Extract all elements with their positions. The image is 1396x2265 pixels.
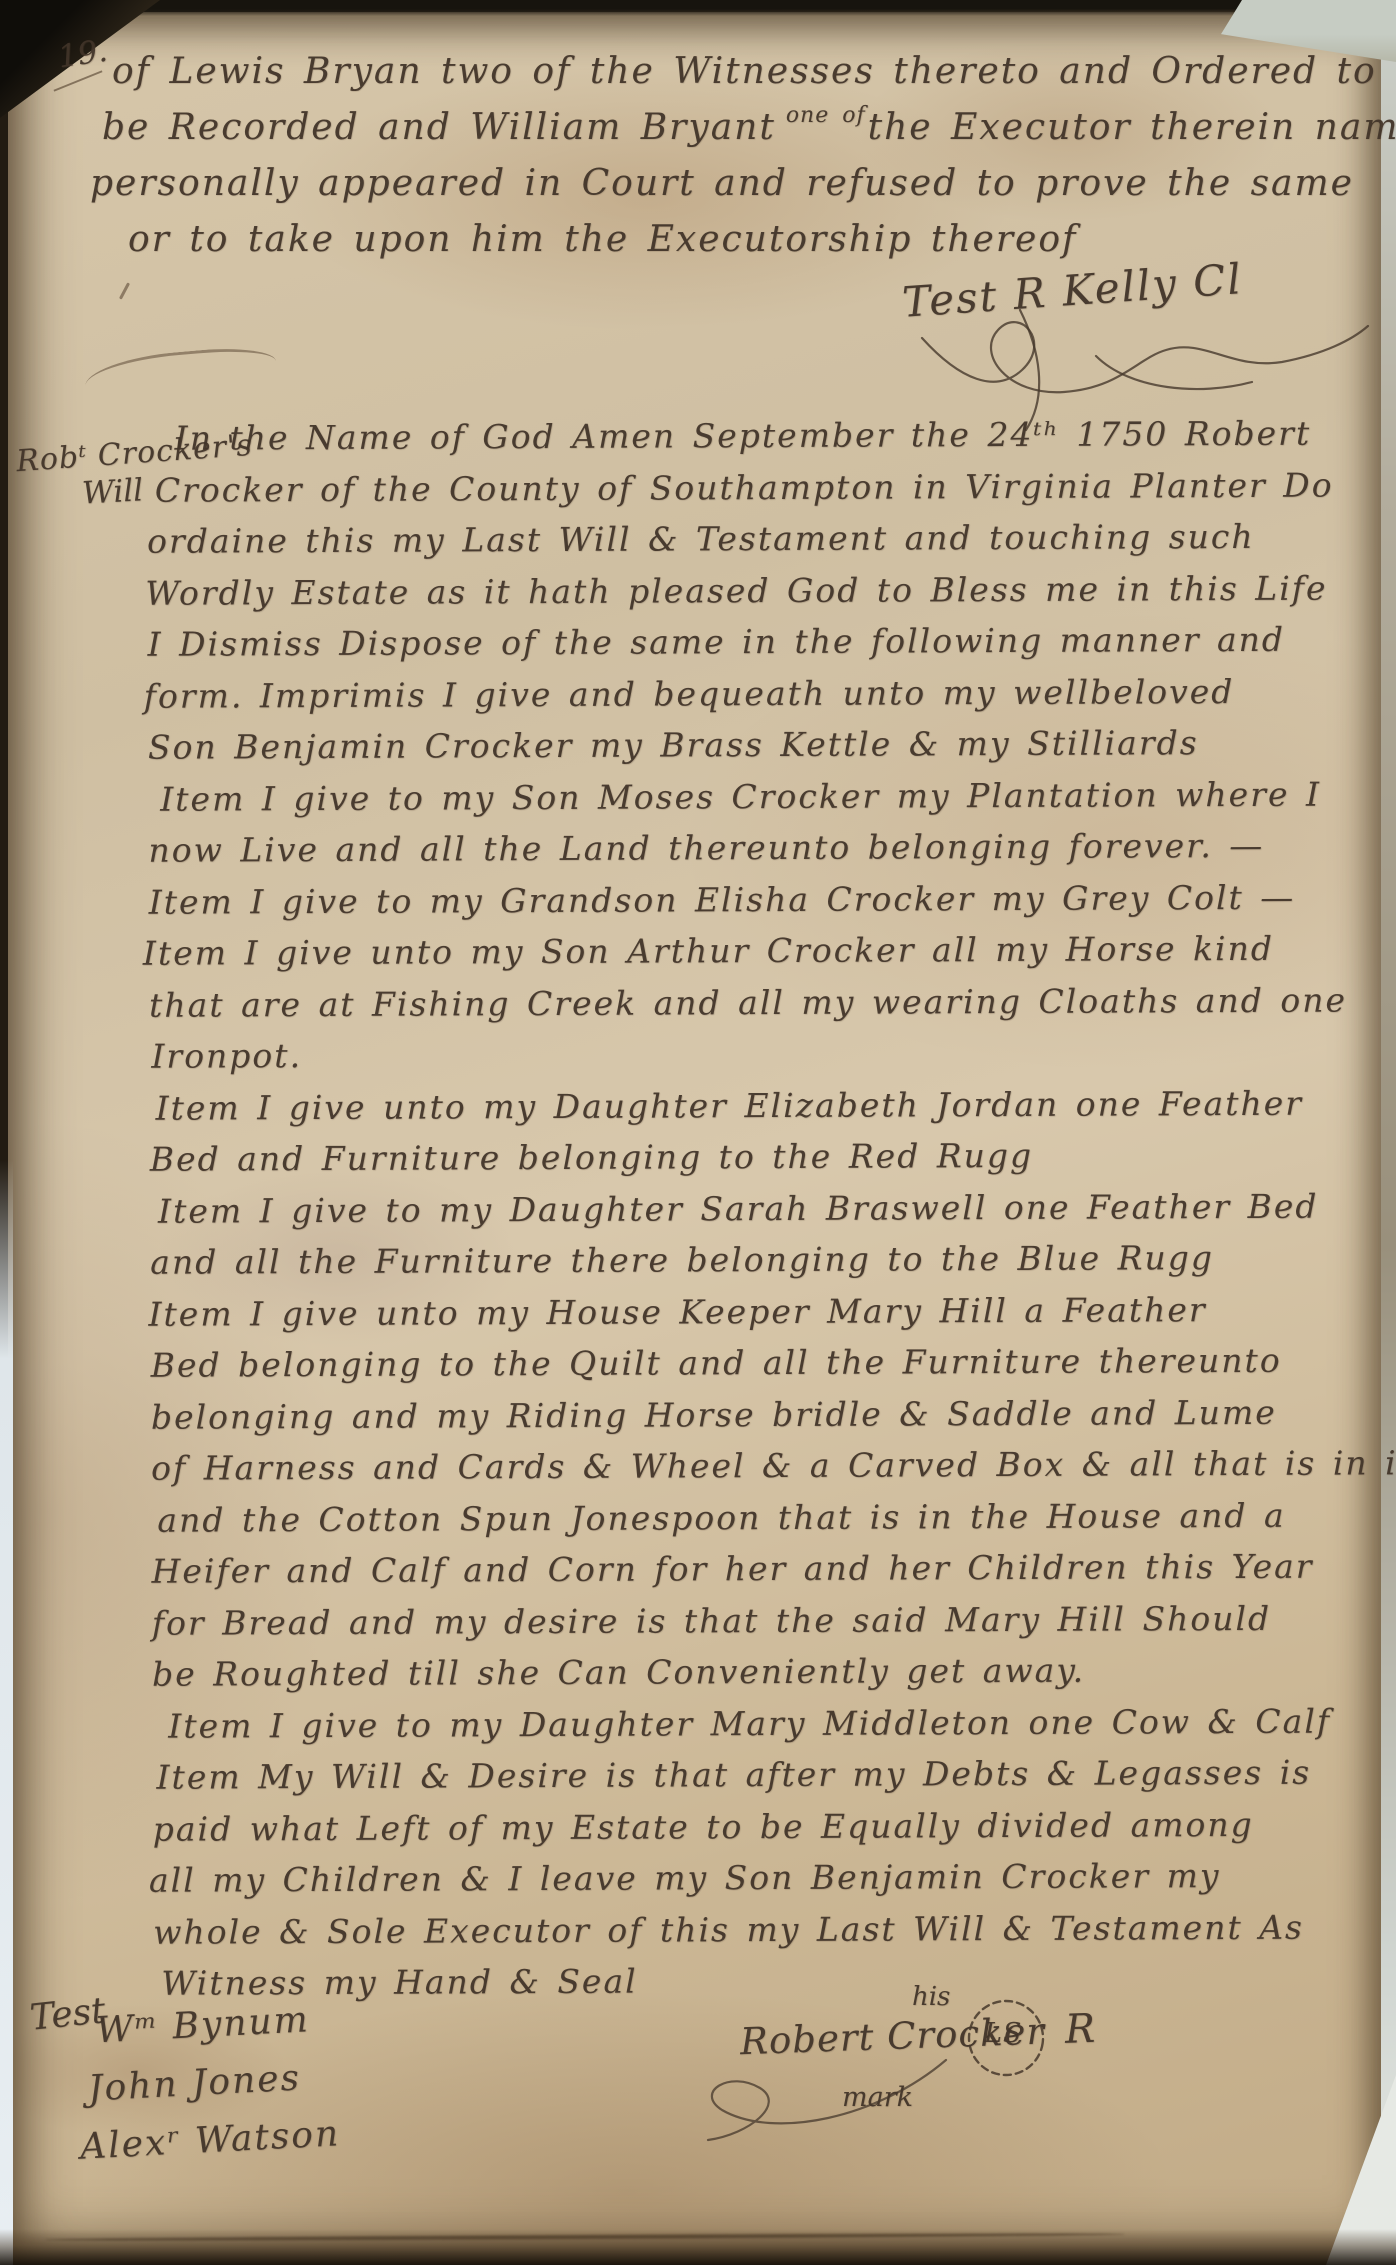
will-line-5: I Dismiss Dispose of the same in the fol… <box>147 613 1396 670</box>
will-line-23: Heifer and Calf and Corn for her and her… <box>151 1540 1396 1597</box>
will-line-29: all my Children & I leave my Son Benjami… <box>149 1849 1396 1906</box>
will-line-22: and the Cotton Spun Jonespoon that is in… <box>157 1489 1396 1546</box>
will-line-28: paid what Left of my Estate to be Equall… <box>153 1798 1396 1855</box>
will-line-3: ordaine this my Last Will & Testament an… <box>147 510 1396 567</box>
will-line-27: Item My Will & Desire is that after my D… <box>156 1746 1396 1803</box>
witness-list: Wᵐ BynumJohn JonesAlexʳ Watson <box>96 1996 340 2170</box>
will-line-18: Item I give unto my House Keeper Mary Hi… <box>148 1283 1396 1340</box>
will-line-4: Wordly Estate as it hath pleased God to … <box>145 562 1396 619</box>
page-edge-left-bottom <box>0 1160 13 2265</box>
will-line-24: for Bread and my desire is that the said… <box>152 1592 1396 1649</box>
will-line-9: now Live and all the Land thereunto belo… <box>148 819 1396 876</box>
testator-mark-letter: R <box>1064 2006 1097 2053</box>
will-line-17: and all the Furniture there belonging to… <box>150 1231 1396 1288</box>
will-line-14: Item I give unto my Daughter Elizabeth J… <box>155 1077 1396 1134</box>
will-line-13: Ironpot. <box>151 1025 1396 1082</box>
margin-note-will: Will <box>81 472 144 511</box>
will-line-15: Bed and Furniture belonging to the Red R… <box>150 1128 1396 1185</box>
probate-line-1: of Lewis Bryan two of the Witnesses ther… <box>112 44 1396 100</box>
seal-text: LS <box>984 2018 1022 2049</box>
will-line-26: Item I give to my Daughter Mary Middleto… <box>168 1695 1396 1752</box>
will-line-11: Item I give unto my Son Arthur Crocker a… <box>143 922 1396 979</box>
will-line-21: of Harness and Cards & Wheel & a Carved … <box>151 1437 1396 1494</box>
will-line-6: form. Imprimis I give and bequeath unto … <box>144 665 1396 722</box>
probate-line-2-start: be Recorded and William Bryant <box>102 107 776 148</box>
will-line-25: be Roughted till she Can Conveniently ge… <box>152 1643 1396 1700</box>
will-line-2: Crocker of the County of Southampton in … <box>155 459 1396 516</box>
will-line-10: Item I give to my Grandson Elisha Crocke… <box>149 871 1396 928</box>
will-line-20: belonging and my Riding Horse bridle & S… <box>151 1386 1396 1443</box>
will-line-16: Item I give to my Daughter Sarah Braswel… <box>158 1180 1396 1237</box>
photograph-of-manuscript-page: 19. of Lewis Bryan two of the Witnesses … <box>0 0 1396 2265</box>
witness-name-3: Alexʳ Watson <box>79 2105 342 2177</box>
probate-line-2-end: the Executor therein named <box>868 107 1396 148</box>
signature-his-label: his <box>912 1982 950 2012</box>
probate-line-2: be Recorded and William Bryantone ofthe … <box>102 100 1396 156</box>
will-line-19: Bed belonging to the Quilt and all the F… <box>151 1334 1396 1391</box>
interlinear-insertion: one of <box>786 88 866 144</box>
probate-line-3: personally appeared in Court and refused… <box>90 156 1396 212</box>
page-number: 19. <box>56 33 110 76</box>
will-line-7: Son Benjamin Crocker my Brass Kettle & m… <box>148 716 1396 773</box>
will-line-12: that are at Fishing Creek and all my wea… <box>149 974 1396 1031</box>
will-line-30: whole & Sole Executor of this my Last Wi… <box>153 1901 1396 1958</box>
signature-flourish <box>688 2052 998 2152</box>
photo-top-shadow <box>0 0 1396 16</box>
will-body: In the Name of God Amen September the 24… <box>147 407 1396 2009</box>
will-line-1: In the Name of God Amen September the 24… <box>175 407 1396 464</box>
will-line-8: Item I give to my Son Moses Crocker my P… <box>160 768 1396 825</box>
probate-entry: of Lewis Bryan two of the Witnesses ther… <box>112 44 1396 268</box>
will-line-31: Witness my Hand & Seal <box>161 1952 1396 2009</box>
